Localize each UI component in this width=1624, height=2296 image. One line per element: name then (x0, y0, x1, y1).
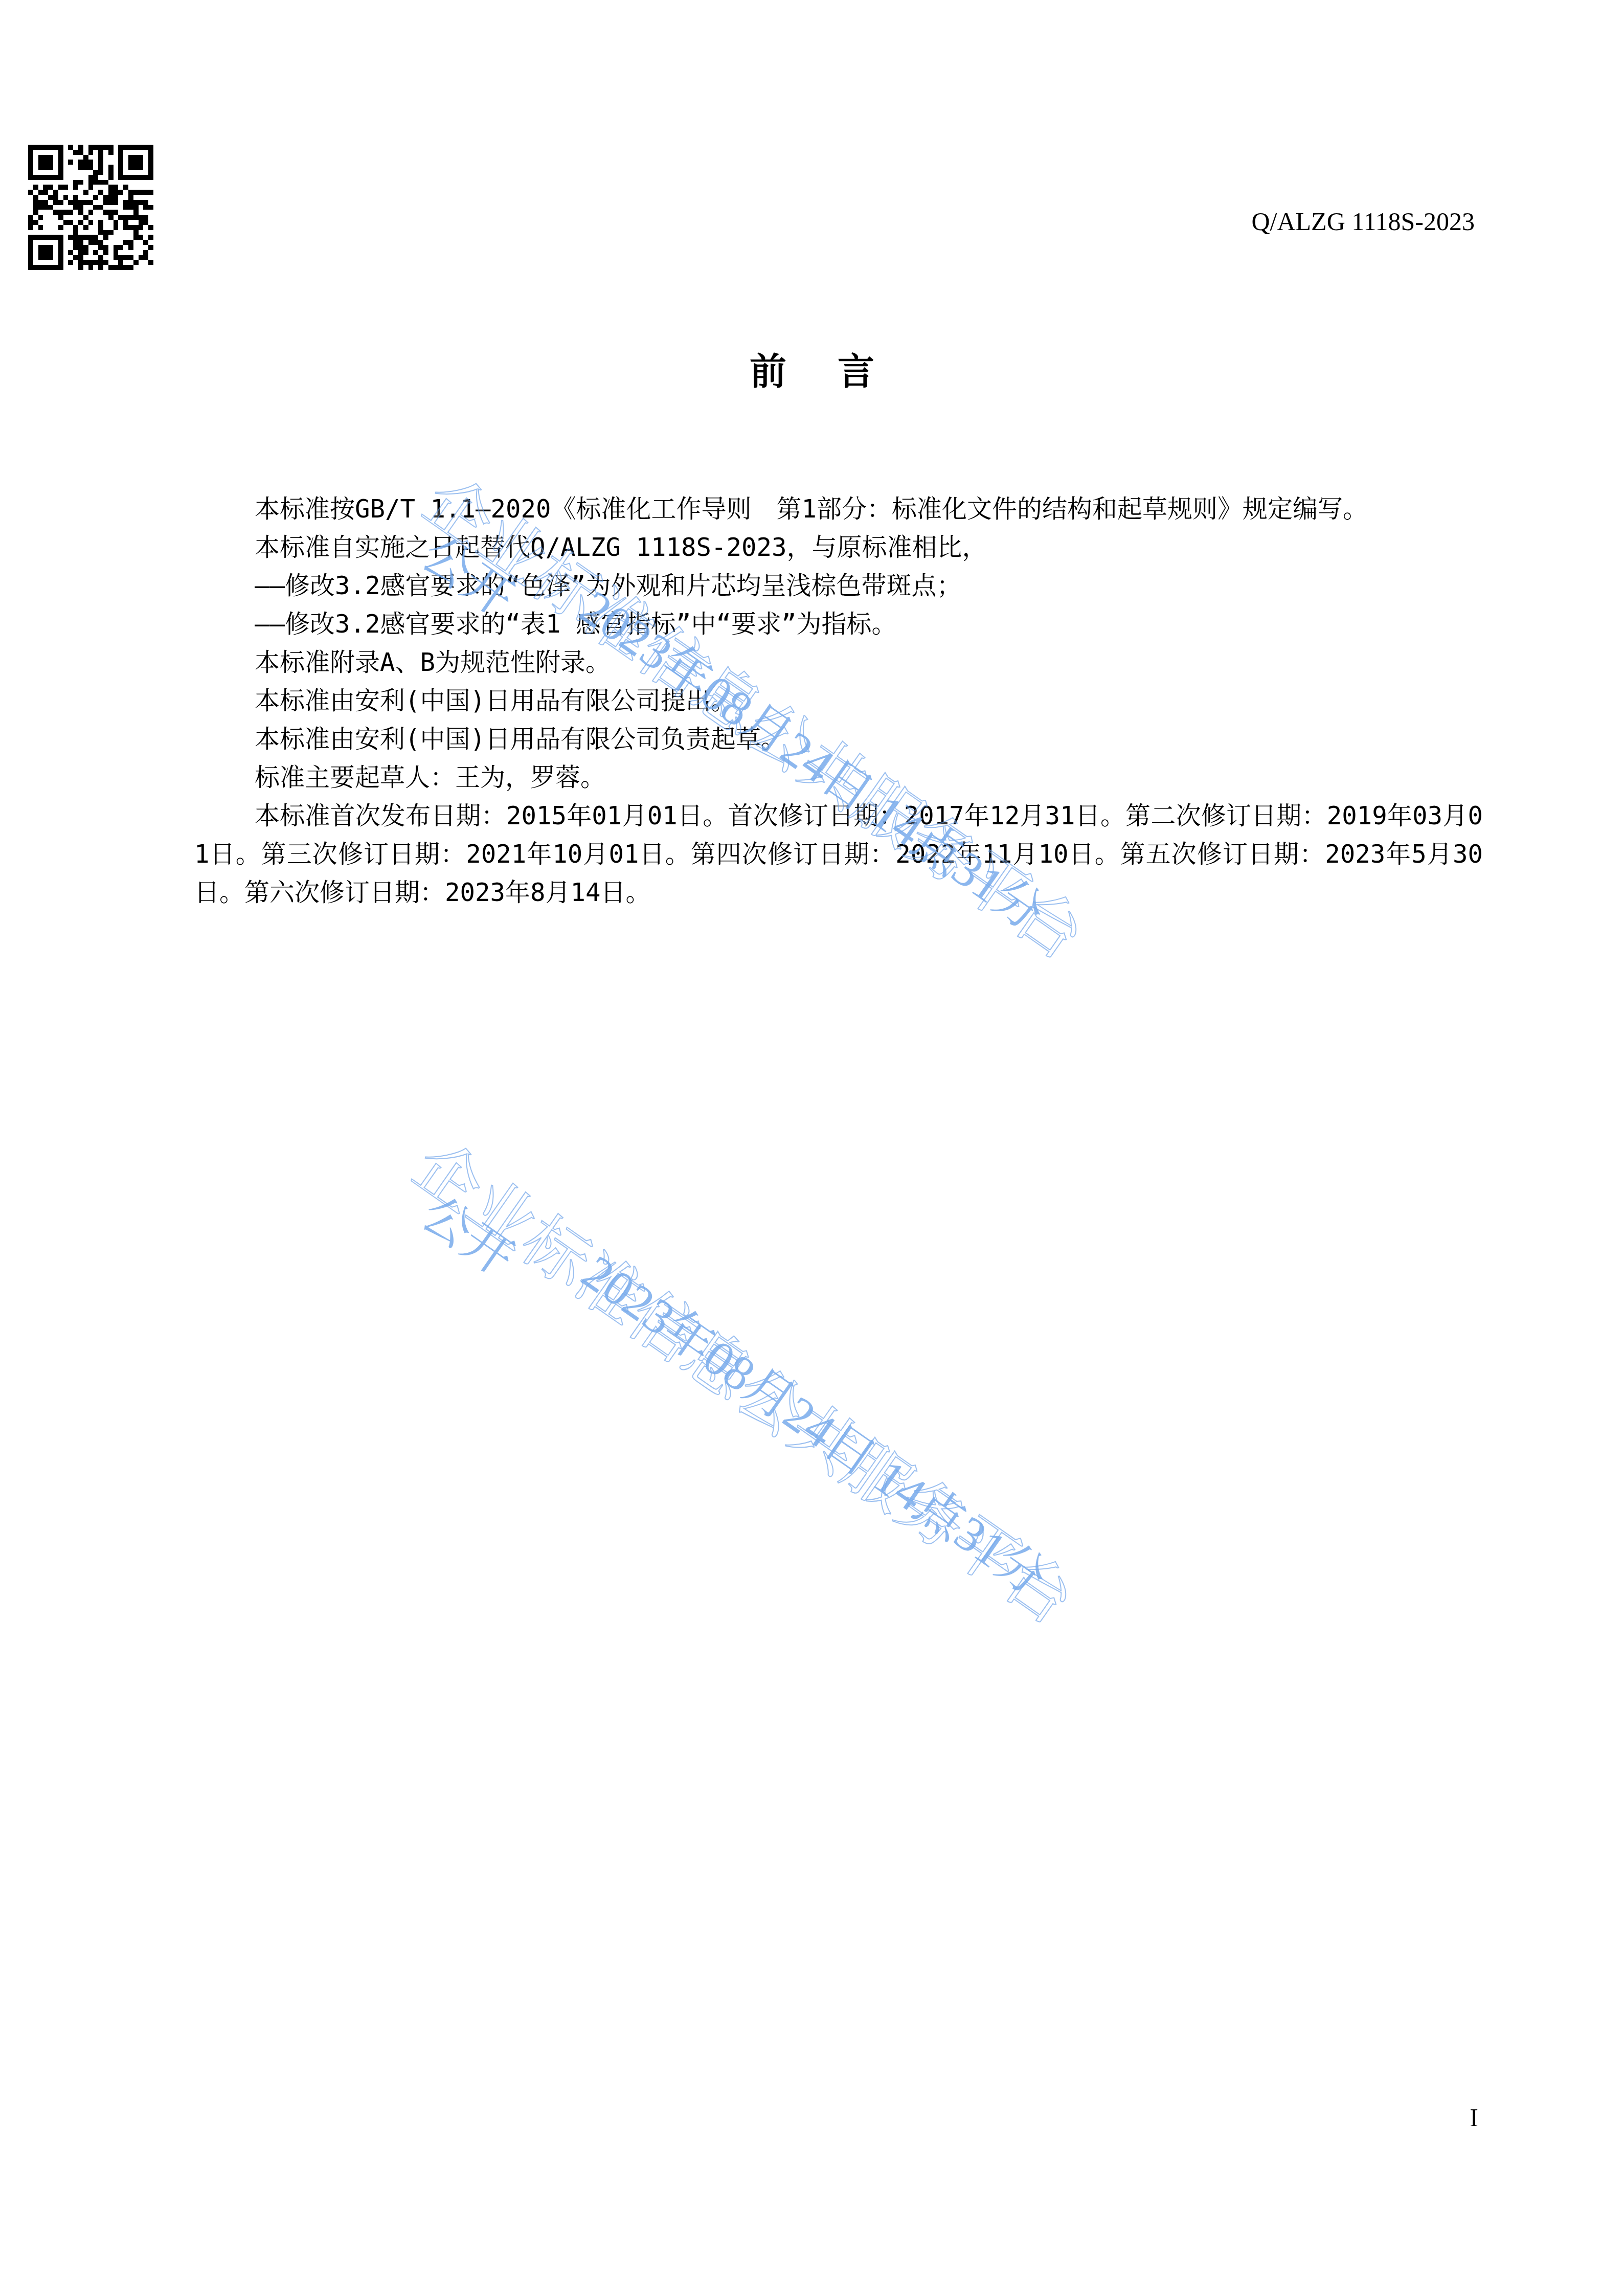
title-char-2: 言 (838, 342, 874, 395)
watermark-platform-2: 企业标准信息公共服务平台 (398, 1115, 1096, 1642)
watermark-timestamp-2: 2023年08月24日 14点31分 (571, 1235, 1063, 1609)
title-char-1: 前 (750, 342, 786, 395)
page-title: 前言 (0, 342, 1624, 395)
foreword-body: 本标准按GB/T 1.1—2020《标准化工作导则 第1部分：标准化文件的结构和… (194, 490, 1483, 912)
qr-code (28, 145, 153, 270)
paragraph-drafters: 标准主要起草人：王为，罗蓉。 (194, 758, 1483, 797)
paragraph-replaces: 本标准自实施之日起替代Q/ALZG 1118S-2023，与原标准相比， (194, 528, 1483, 567)
paragraph-change-2: ——修改3.2感官要求的“表1 感官指标”中“要求”为指标。 (194, 605, 1483, 643)
paragraph-drafting-rules: 本标准按GB/T 1.1—2020《标准化工作导则 第1部分：标准化文件的结构和… (194, 490, 1483, 528)
paragraph-revision-history: 本标准首次发布日期：2015年01月01日。首次修订日期：2017年12月31日… (194, 797, 1483, 912)
paragraph-appendix: 本标准附录A、B为规范性附录。 (194, 643, 1483, 682)
document-code: Q/ALZG 1118S-2023 (1251, 207, 1475, 236)
paragraph-proposer: 本标准由安利(中国)日用品有限公司提出。 (194, 682, 1483, 720)
watermark-label-2: 公开 (410, 1176, 530, 1290)
paragraph-change-1: ——修改3.2感官要求的“色泽”为外观和片芯均呈浅棕色带斑点； (194, 567, 1483, 605)
page-number: I (1470, 2103, 1478, 2132)
paragraph-drafter-org: 本标准由安利(中国)日用品有限公司负责起草。 (194, 720, 1483, 758)
